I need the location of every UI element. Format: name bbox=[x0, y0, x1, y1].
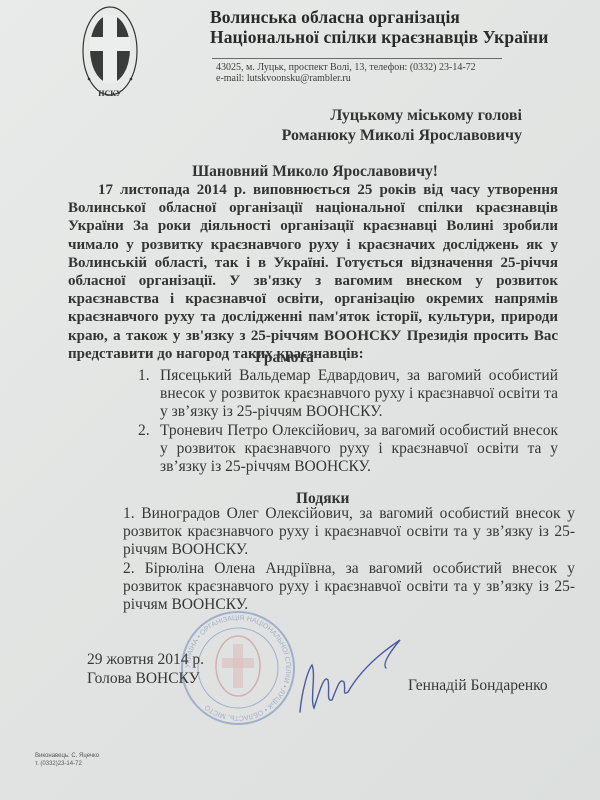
recipient-line1: Луцькому міському голові bbox=[282, 106, 522, 126]
executor-footer: Виконавець: С. Яцечко т. (0332)23-14-72 bbox=[35, 752, 99, 768]
list-item: 2. Бірюліна Олена Андріївна, за вагомий … bbox=[123, 560, 575, 615]
contact-info: 43025, м. Луцьк, проспект Волі, 13, теле… bbox=[216, 62, 476, 84]
address: 43025, м. Луцьк, проспект Волі, 13, теле… bbox=[216, 62, 476, 73]
list-item: 1. Пясецький Вальдемар Едвардович, за ва… bbox=[138, 367, 558, 422]
org-name-line2: Національної спілки краєзнавців України bbox=[210, 27, 548, 47]
body-paragraph: 17 листопада 2014 р. виповнюється 25 рок… bbox=[68, 182, 558, 362]
org-name-line1: Волинська обласна організація bbox=[210, 7, 548, 27]
list-item: 2. Троневич Петро Олексійович, за вагоми… bbox=[138, 422, 558, 477]
signer-name: Геннадій Бондаренко bbox=[408, 677, 548, 695]
svg-text:НСКУ: НСКУ bbox=[98, 89, 122, 98]
signer-position: Голова ВОНСКУ bbox=[87, 669, 204, 688]
signature-scribble-icon bbox=[290, 630, 410, 720]
podyaky-list: 1. Виноградов Олег Олексійович, за вагом… bbox=[123, 505, 575, 614]
executor-phone: т. (0332)23-14-72 bbox=[35, 760, 99, 768]
cross-emblem-icon: НСКУ bbox=[80, 3, 140, 103]
organization-logo: НСКУ bbox=[80, 3, 140, 103]
organization-name: Волинська обласна організація Національн… bbox=[210, 7, 548, 47]
letter-date: 29 жовтня 2014 р. bbox=[87, 650, 204, 669]
list-item: 1. Виноградов Олег Олексійович, за вагом… bbox=[123, 505, 575, 560]
closing-block: 29 жовтня 2014 р. Голова ВОНСКУ bbox=[87, 650, 204, 688]
gramota-heading: Грамота bbox=[255, 349, 314, 367]
recipient-line2: Романюку Миколі Ярославовичу bbox=[282, 126, 522, 146]
header-divider bbox=[212, 58, 502, 59]
gramota-list: 1. Пясецький Вальдемар Едвардович, за ва… bbox=[138, 367, 558, 476]
email: e-mail: lutskvoonsku@rambler.ru bbox=[216, 73, 476, 84]
greeting: Шановний Миколо Ярославовичу! bbox=[0, 163, 600, 181]
signature bbox=[290, 630, 410, 720]
recipient-block: Луцькому міському голові Романюку Миколі… bbox=[282, 106, 522, 146]
letter-body: 17 листопада 2014 р. виповнюється 25 рок… bbox=[68, 181, 558, 363]
executor-name: Виконавець: С. Яцечко bbox=[35, 752, 99, 760]
